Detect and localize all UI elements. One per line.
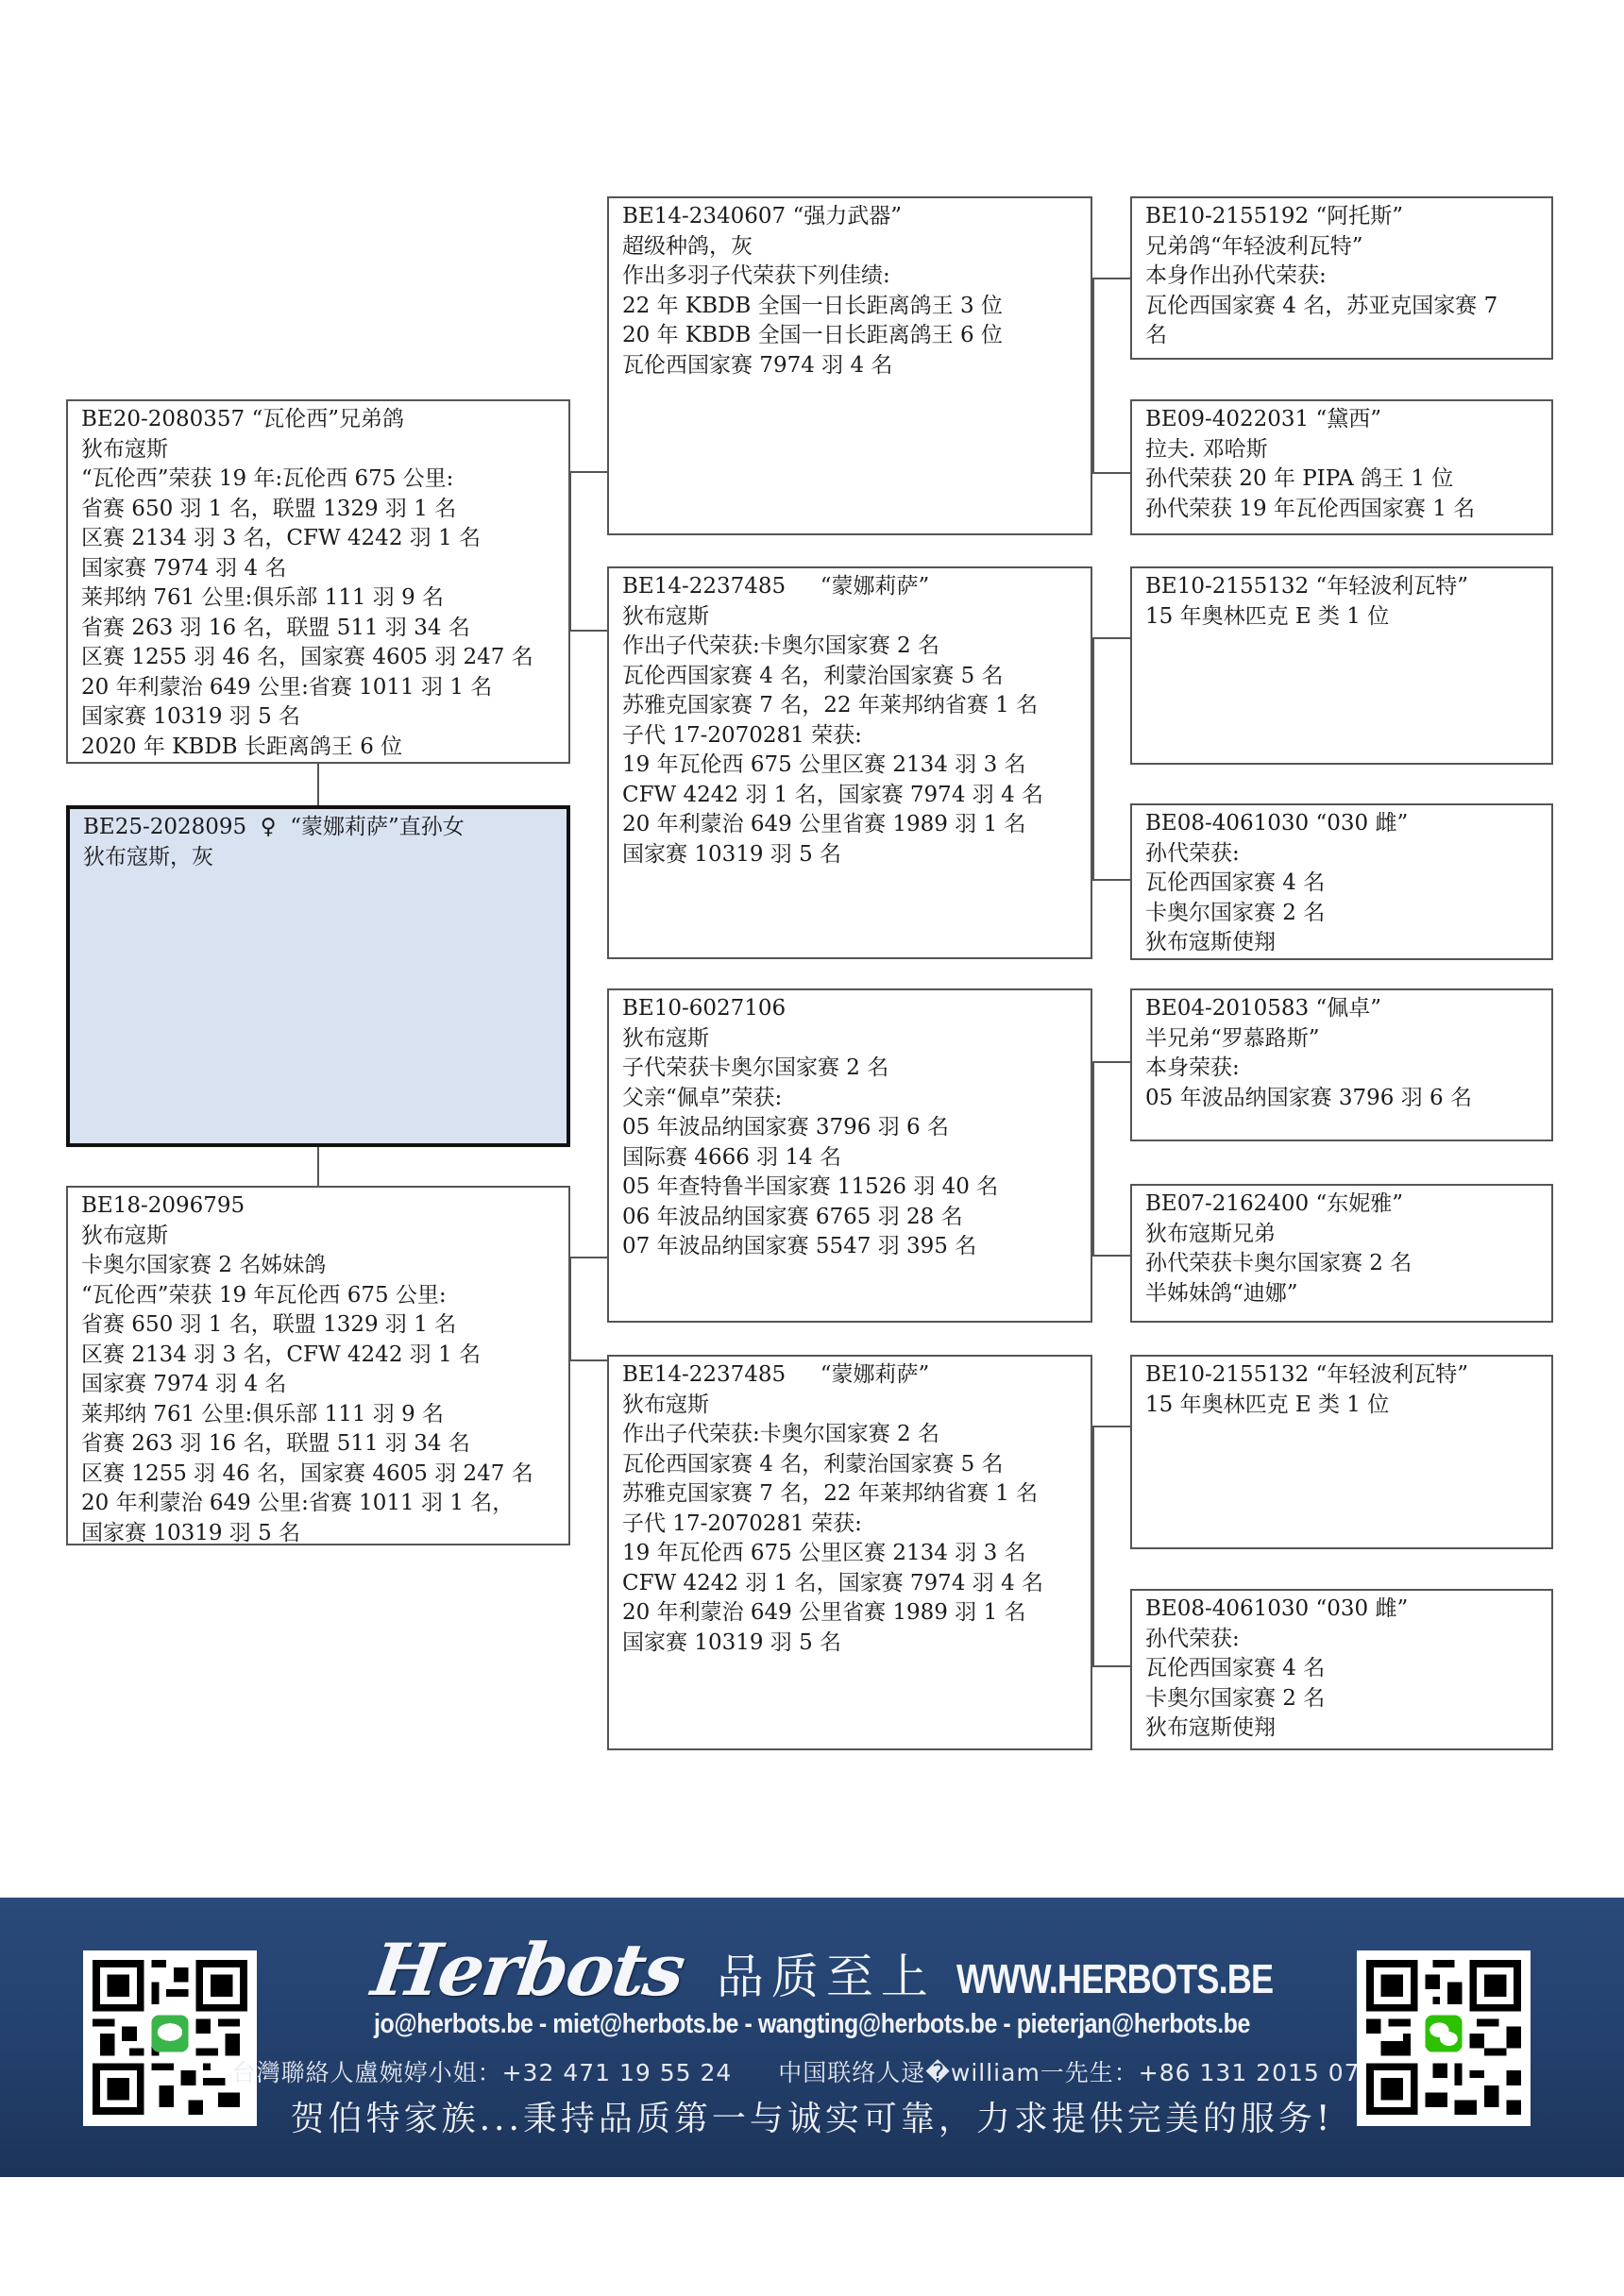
connector-line [1092, 278, 1130, 279]
pedigree-text-line: 国家赛 10319 羽 5 名 [81, 702, 555, 733]
pedigree-text-line: 狄布寇斯 [622, 1391, 1077, 1421]
pedigree-text-line: BE14-2237485 “蒙娜莉萨” [622, 1360, 1077, 1391]
pedigree-text-line: 22 年 KBDB 全国一日长距离鸽王 3 位 [622, 292, 1077, 322]
pedigree-text-line: 瓦伦西国家赛 4 名，利蒙治国家赛 5 名 [622, 1450, 1077, 1480]
pedigree-text-line: 超级种鸽，灰 [622, 232, 1077, 262]
pedigree-text-line: 20 年 KBDB 全国一日长距离鸽王 6 位 [622, 321, 1077, 351]
pedigree-text-line: 半兄弟“罗慕路斯” [1145, 1024, 1538, 1055]
pedigree-text-line: 苏雅克国家赛 7 名，22 年莱邦纳省赛 1 名 [622, 1479, 1077, 1510]
pedigree-text-line: 子代 17-2070281 荣获: [622, 721, 1077, 751]
pedigree-text-line: BE14-2237485 “蒙娜莉萨” [622, 572, 1077, 602]
sd-dam-box: BE08-4061030 “030 雌”孙代荣获:瓦伦西国家赛 4 名卡奥尔国家… [1130, 803, 1553, 960]
contact-china: 中国联络人逯�william一先生：+86 131 2015 0755 [778, 2059, 1392, 2086]
contact-taiwan: 台灣聯絡人盧婉婷小姐：+32 471 19 55 24 [232, 2059, 733, 2086]
ds-dam-box: BE07-2162400 “东妮雅”狄布寇斯兄弟孙代荣获卡奥尔国家赛 2 名半姊… [1130, 1184, 1553, 1323]
pedigree-text-line: 瓦伦西国家赛 4 名，苏亚克国家赛 7 [1145, 292, 1538, 322]
connector-line [1092, 1426, 1130, 1427]
pedigree-text-line: 20 年利蒙治 649 公里省赛 1989 羽 1 名 [622, 1598, 1077, 1629]
pedigree-text-line: 15 年奥林匹克 E 类 1 位 [1145, 1391, 1538, 1421]
pedigree-text-line: 国家赛 7974 羽 4 名 [81, 554, 555, 584]
connector-line [1092, 637, 1130, 639]
pedigree-text-line: 瓦伦西国家赛 4 名 [1145, 1654, 1538, 1684]
brand-slogan: 品质至上 [717, 1943, 936, 2011]
pedigree-text-line: 国家赛 10319 羽 5 名 [622, 840, 1077, 870]
dam-dam-box: BE14-2237485 “蒙娜莉萨”狄布寇斯作出子代荣获:卡奥尔国家赛 2 名… [607, 1355, 1092, 1750]
pedigree-text-line: 狄布寇斯兄弟 [1145, 1220, 1538, 1250]
ss-dam-box: BE09-4022031 “黛西”拉夫. 邓哈斯孙代荣获 20 年 PIPA 鸽… [1130, 399, 1553, 535]
pedigree-text-line: CFW 4242 羽 1 名，国家赛 7974 羽 4 名 [622, 781, 1077, 811]
pedigree-text-line: 作出多羽子代荣获下列佳绩: [622, 262, 1077, 292]
sire-sire-box: BE14-2340607 “强力武器”超级种鸽，灰作出多羽子代荣获下列佳绩:22… [607, 196, 1092, 535]
footer-banner: Herbots 品质至上 WWW.HERBOTS.BE jo@herbots.b… [0, 1898, 1624, 2177]
pedigree-text-line: 作出子代荣获:卡奥尔国家赛 2 名 [622, 632, 1077, 662]
subject-box: BE25-2028095 ♀ “蒙娜莉萨”直孙女狄布寇斯，灰 [66, 805, 570, 1147]
pedigree-text-line: 半姊妹鸽“迪娜” [1145, 1279, 1538, 1309]
pedigree-text-line: BE10-6027106 [622, 994, 1077, 1024]
sd-sire-box: BE10-2155132 “年轻波利瓦特”15 年奥林匹克 E 类 1 位 [1130, 566, 1553, 765]
sire-dam-box: BE14-2237485 “蒙娜莉萨”狄布寇斯作出子代荣获:卡奥尔国家赛 2 名… [607, 566, 1092, 959]
pedigree-text-line: 省赛 650 羽 1 名，联盟 1329 羽 1 名 [81, 495, 555, 525]
pedigree-text-line: “瓦伦西”荣获 19 年瓦伦西 675 公里: [81, 1281, 555, 1311]
pedigree-text-line: 本身作出孙代荣获: [1145, 262, 1538, 292]
pedigree-text-line: BE09-4022031 “黛西” [1145, 405, 1538, 435]
brand-header: Herbots 品质至上 WWW.HERBOTS.BE [373, 1926, 1343, 2011]
qr-code-icon [1366, 1960, 1521, 2115]
pedigree-text-line: “瓦伦西”荣获 19 年:瓦伦西 675 公里: [81, 464, 555, 495]
connector-line [1092, 1061, 1130, 1063]
connector-line [1092, 278, 1094, 473]
pedigree-text-line: BE14-2340607 “强力武器” [622, 202, 1077, 232]
pedigree-text-line: 莱邦纳 761 公里:俱乐部 111 羽 9 名 [81, 1400, 555, 1430]
pedigree-text-line: 孙代荣获: [1145, 839, 1538, 869]
email-contacts[interactable]: jo@herbots.be - miet@herbots.be - wangti… [113, 2009, 1510, 2040]
pedigree-text-line: 省赛 263 羽 16 名，联盟 511 羽 34 名 [81, 1429, 555, 1460]
connector-line [317, 764, 319, 805]
pedigree-text-line: 国家赛 7974 羽 4 名 [81, 1370, 555, 1400]
pedigree-text-line: 15 年奥林匹克 E 类 1 位 [1145, 602, 1538, 633]
connector-line [569, 471, 607, 473]
pedigree-text-line: 作出子代荣获:卡奥尔国家赛 2 名 [622, 1420, 1077, 1450]
connector-line [569, 471, 571, 632]
pedigree-text-line: 狄布寇斯 [81, 435, 555, 465]
pedigree-text-line: 卡奥尔国家赛 2 名 [1145, 1684, 1538, 1714]
pedigree-text-line: 19 年瓦伦西 675 公里区赛 2134 羽 3 名 [622, 1539, 1077, 1569]
pedigree-text-line: BE20-2080357 “瓦伦西”兄弟鸽 [81, 405, 555, 435]
connector-line [1092, 1255, 1130, 1257]
pedigree-text-line: 区赛 2134 羽 3 名，CFW 4242 羽 1 名 [81, 524, 555, 554]
pedigree-text-line: 05 年波品纳国家赛 3796 羽 6 名 [622, 1113, 1077, 1143]
pedigree-text-line: 孙代荣获 19 年瓦伦西国家赛 1 名 [1145, 495, 1538, 525]
connector-line [1092, 1061, 1094, 1256]
pedigree-text-line: 狄布寇斯使翔 [1145, 928, 1538, 958]
pedigree-text-line: 06 年波品纳国家赛 6765 羽 28 名 [622, 1203, 1077, 1233]
pedigree-text-line: BE25-2028095 ♀ “蒙娜莉萨”直孙女 [83, 813, 553, 843]
pedigree-text-line: 国家赛 10319 羽 5 名 [81, 1519, 555, 1549]
pedigree-text-line: 孙代荣获卡奥尔国家赛 2 名 [1145, 1249, 1538, 1279]
pedigree-text-line: 省赛 650 羽 1 名，联盟 1329 羽 1 名 [81, 1310, 555, 1341]
connector-line [1092, 1665, 1130, 1667]
connector-line [569, 1257, 607, 1258]
connector-line [1092, 879, 1130, 881]
pedigree-text-line: 区赛 1255 羽 46 名，国家赛 4605 羽 247 名 [81, 643, 555, 673]
pedigree-text-line: BE18-2096795 [81, 1191, 555, 1222]
pedigree-text-line: 05 年查特鲁半国家赛 11526 羽 40 名 [622, 1173, 1077, 1203]
connector-line [317, 1147, 319, 1186]
pedigree-text-line: BE10-2155132 “年轻波利瓦特” [1145, 1360, 1538, 1391]
pedigree-text-line: BE07-2162400 “东妮雅” [1145, 1190, 1538, 1220]
connector-line [569, 630, 607, 632]
pedigree-text-line: 兄弟鸽“年轻波利瓦特” [1145, 232, 1538, 262]
pedigree-text-line: 子代 17-2070281 荣获: [622, 1510, 1077, 1540]
pedigree-text-line: 卡奥尔国家赛 2 名 [1145, 899, 1538, 929]
pedigree-text-line: 狄布寇斯使翔 [1145, 1714, 1538, 1744]
pedigree-text-line: 05 年波品纳国家赛 3796 羽 6 名 [1145, 1084, 1538, 1114]
pedigree-text-line: 苏雅克国家赛 7 名，22 年莱邦纳省赛 1 名 [622, 691, 1077, 721]
herbots-logo: Herbots [367, 1930, 688, 2011]
pedigree-text-line: 瓦伦西国家赛 4 名，利蒙治国家赛 5 名 [622, 662, 1077, 692]
website-link[interactable]: WWW.HERBOTS.BE [956, 1949, 1273, 2011]
pedigree-text-line: 本身荣获: [1145, 1054, 1538, 1084]
pedigree-text-line: BE10-2155192 “阿托斯” [1145, 202, 1538, 232]
pedigree-text-line: BE04-2010583 “佩卓” [1145, 994, 1538, 1024]
connector-line [1092, 637, 1094, 881]
pedigree-text-line: 狄布寇斯 [622, 1024, 1077, 1055]
pedigree-text-line: 孙代荣获 20 年 PIPA 鸽王 1 位 [1145, 464, 1538, 495]
wechat-qr-code[interactable] [1357, 1950, 1531, 2126]
pedigree-text-line: 子代荣获卡奥尔国家赛 2 名 [622, 1054, 1077, 1084]
pedigree-text-line: 瓦伦西国家赛 7974 羽 4 名 [622, 351, 1077, 381]
pedigree-text-line: 莱邦纳 761 公里:俱乐部 111 羽 9 名 [81, 583, 555, 614]
pedigree-text-line: CFW 4242 羽 1 名，国家赛 7974 羽 4 名 [622, 1569, 1077, 1599]
dam-box: BE18-2096795狄布寇斯卡奥尔国家赛 2 名姊妹鸽“瓦伦西”荣获 19 … [66, 1186, 570, 1545]
pedigree-text-line: 狄布寇斯 [81, 1222, 555, 1252]
dd-sire-box: BE10-2155132 “年轻波利瓦特”15 年奥林匹克 E 类 1 位 [1130, 1355, 1553, 1549]
pedigree-text-line: 狄布寇斯，灰 [83, 843, 553, 873]
pedigree-text-line: 瓦伦西国家赛 4 名 [1145, 869, 1538, 899]
ds-sire-box: BE04-2010583 “佩卓”半兄弟“罗慕路斯”本身荣获:05 年波品纳国家… [1130, 988, 1553, 1141]
pedigree-text-line: 20 年利蒙治 649 公里:省赛 1011 羽 1 名， [81, 1489, 555, 1519]
pedigree-text-line: 国家赛 10319 羽 5 名 [622, 1629, 1077, 1659]
pedigree-text-line: 20 年利蒙治 649 公里省赛 1989 羽 1 名 [622, 810, 1077, 840]
pedigree-text-line: 狄布寇斯 [622, 602, 1077, 633]
pedigree-text-line: 卡奥尔国家赛 2 名姊妹鸽 [81, 1251, 555, 1281]
dd-dam-box: BE08-4061030 “030 雌”孙代荣获:瓦伦西国家赛 4 名卡奥尔国家… [1130, 1589, 1553, 1750]
pedigree-text-line: 父亲“佩卓”荣获: [622, 1084, 1077, 1114]
sire-box: BE20-2080357 “瓦伦西”兄弟鸽狄布寇斯“瓦伦西”荣获 19 年:瓦伦… [66, 399, 570, 764]
pedigree-text-line: BE08-4061030 “030 雌” [1145, 1595, 1538, 1625]
pedigree-text-line: 省赛 263 羽 16 名，联盟 511 羽 34 名 [81, 614, 555, 644]
pedigree-text-line: 区赛 1255 羽 46 名，国家赛 4605 羽 247 名 [81, 1460, 555, 1490]
connector-line [569, 1359, 607, 1361]
pedigree-text-line: 孙代荣获: [1145, 1625, 1538, 1655]
pedigree-text-line: 2020 年 KBDB 长距离鸽王 6 位 [81, 733, 555, 763]
dam-sire-box: BE10-6027106狄布寇斯子代荣获卡奥尔国家赛 2 名父亲“佩卓”荣获:0… [607, 988, 1092, 1323]
pedigree-text-line: BE10-2155132 “年轻波利瓦特” [1145, 572, 1538, 602]
pedigree-text-line: 07 年波品纳国家赛 5547 羽 395 名 [622, 1232, 1077, 1262]
pedigree-text-line: 拉夫. 邓哈斯 [1145, 435, 1538, 465]
pedigree-text-line: 19 年瓦伦西 675 公里区赛 2134 羽 3 名 [622, 751, 1077, 781]
pedigree-text-line: BE08-4061030 “030 雌” [1145, 809, 1538, 839]
connector-line [1092, 1426, 1094, 1667]
ss-sire-box: BE10-2155192 “阿托斯”兄弟鸽“年轻波利瓦特”本身作出孙代荣获:瓦伦… [1130, 196, 1553, 360]
connector-line [569, 1257, 571, 1360]
connector-line [1092, 472, 1130, 474]
pedigree-text-line: 国际赛 4666 羽 14 名 [622, 1143, 1077, 1173]
pedigree-text-line: 名 [1145, 321, 1538, 351]
pedigree-text-line: 20 年利蒙治 649 公里:省赛 1011 羽 1 名 [81, 673, 555, 703]
pedigree-text-line: 区赛 2134 羽 3 名，CFW 4242 羽 1 名 [81, 1341, 555, 1371]
